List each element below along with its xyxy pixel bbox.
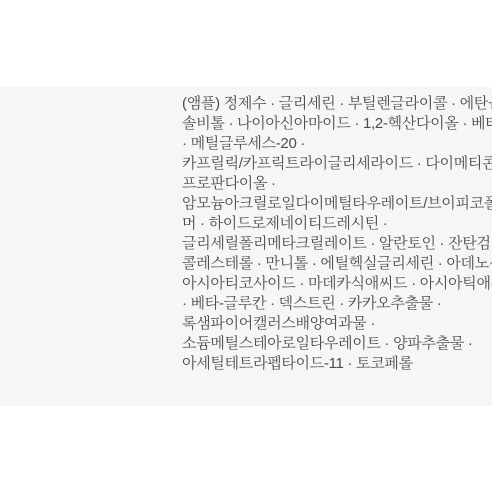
ingredient-line: 아세틸테트라펩타이드-11 · 토코페롤: [182, 354, 484, 374]
ingredient-line: 콜레스테롤 · 만니톨 · 에틸헥실글리세린 · 아데노신 ·: [182, 254, 484, 274]
ingredient-line: 카프릴릭/카프릭트라이글리세라이드 · 다이메티콘 ·: [182, 154, 484, 174]
ingredient-line: 아시아티코사이드 · 마데카식애씨드 · 아시아틱애씨드: [182, 274, 484, 294]
ingredient-line: 솔비톨 · 나이아신아마이드 · 1,2-헥산다이올 · 베타인: [182, 114, 484, 134]
ingredient-list: (앰플) 정제수 · 글리세린 · 부틸렌글라이콜 · 에탄올 · 솔비톨 · …: [182, 94, 484, 374]
ingredient-line: (앰플) 정제수 · 글리세린 · 부틸렌글라이콜 · 에탄올 ·: [182, 94, 484, 114]
ingredient-line: · 메틸글루세스-20 ·: [182, 134, 484, 154]
ingredient-info-panel: (앰플) 정제수 · 글리세린 · 부틸렌글라이콜 · 에탄올 · 솔비톨 · …: [0, 87, 492, 406]
ingredient-line: 프로판다이올 ·: [182, 174, 484, 194]
page: { "page": { "background_color": "#ffffff…: [0, 0, 492, 492]
ingredient-line: · 베타-글루칸 · 덱스트린 · 카카오추출물 ·: [182, 294, 484, 314]
ingredient-line: 글리세릴폴리메타크릴레이트 · 알란토인 · 잔탄검 ·: [182, 234, 484, 254]
ingredient-line: 암모늄아크릴로일다이메틸타우레이트/브이피코폴리: [182, 194, 484, 214]
ingredient-line: 소듐메틸스테아로일타우레이트 · 양파추출물 ·: [182, 334, 484, 354]
ingredient-line: 록샘파이어캘러스배양여과물 ·: [182, 314, 484, 334]
ingredient-line: 머 · 하이드로제네이티드레시틴 ·: [182, 214, 484, 234]
